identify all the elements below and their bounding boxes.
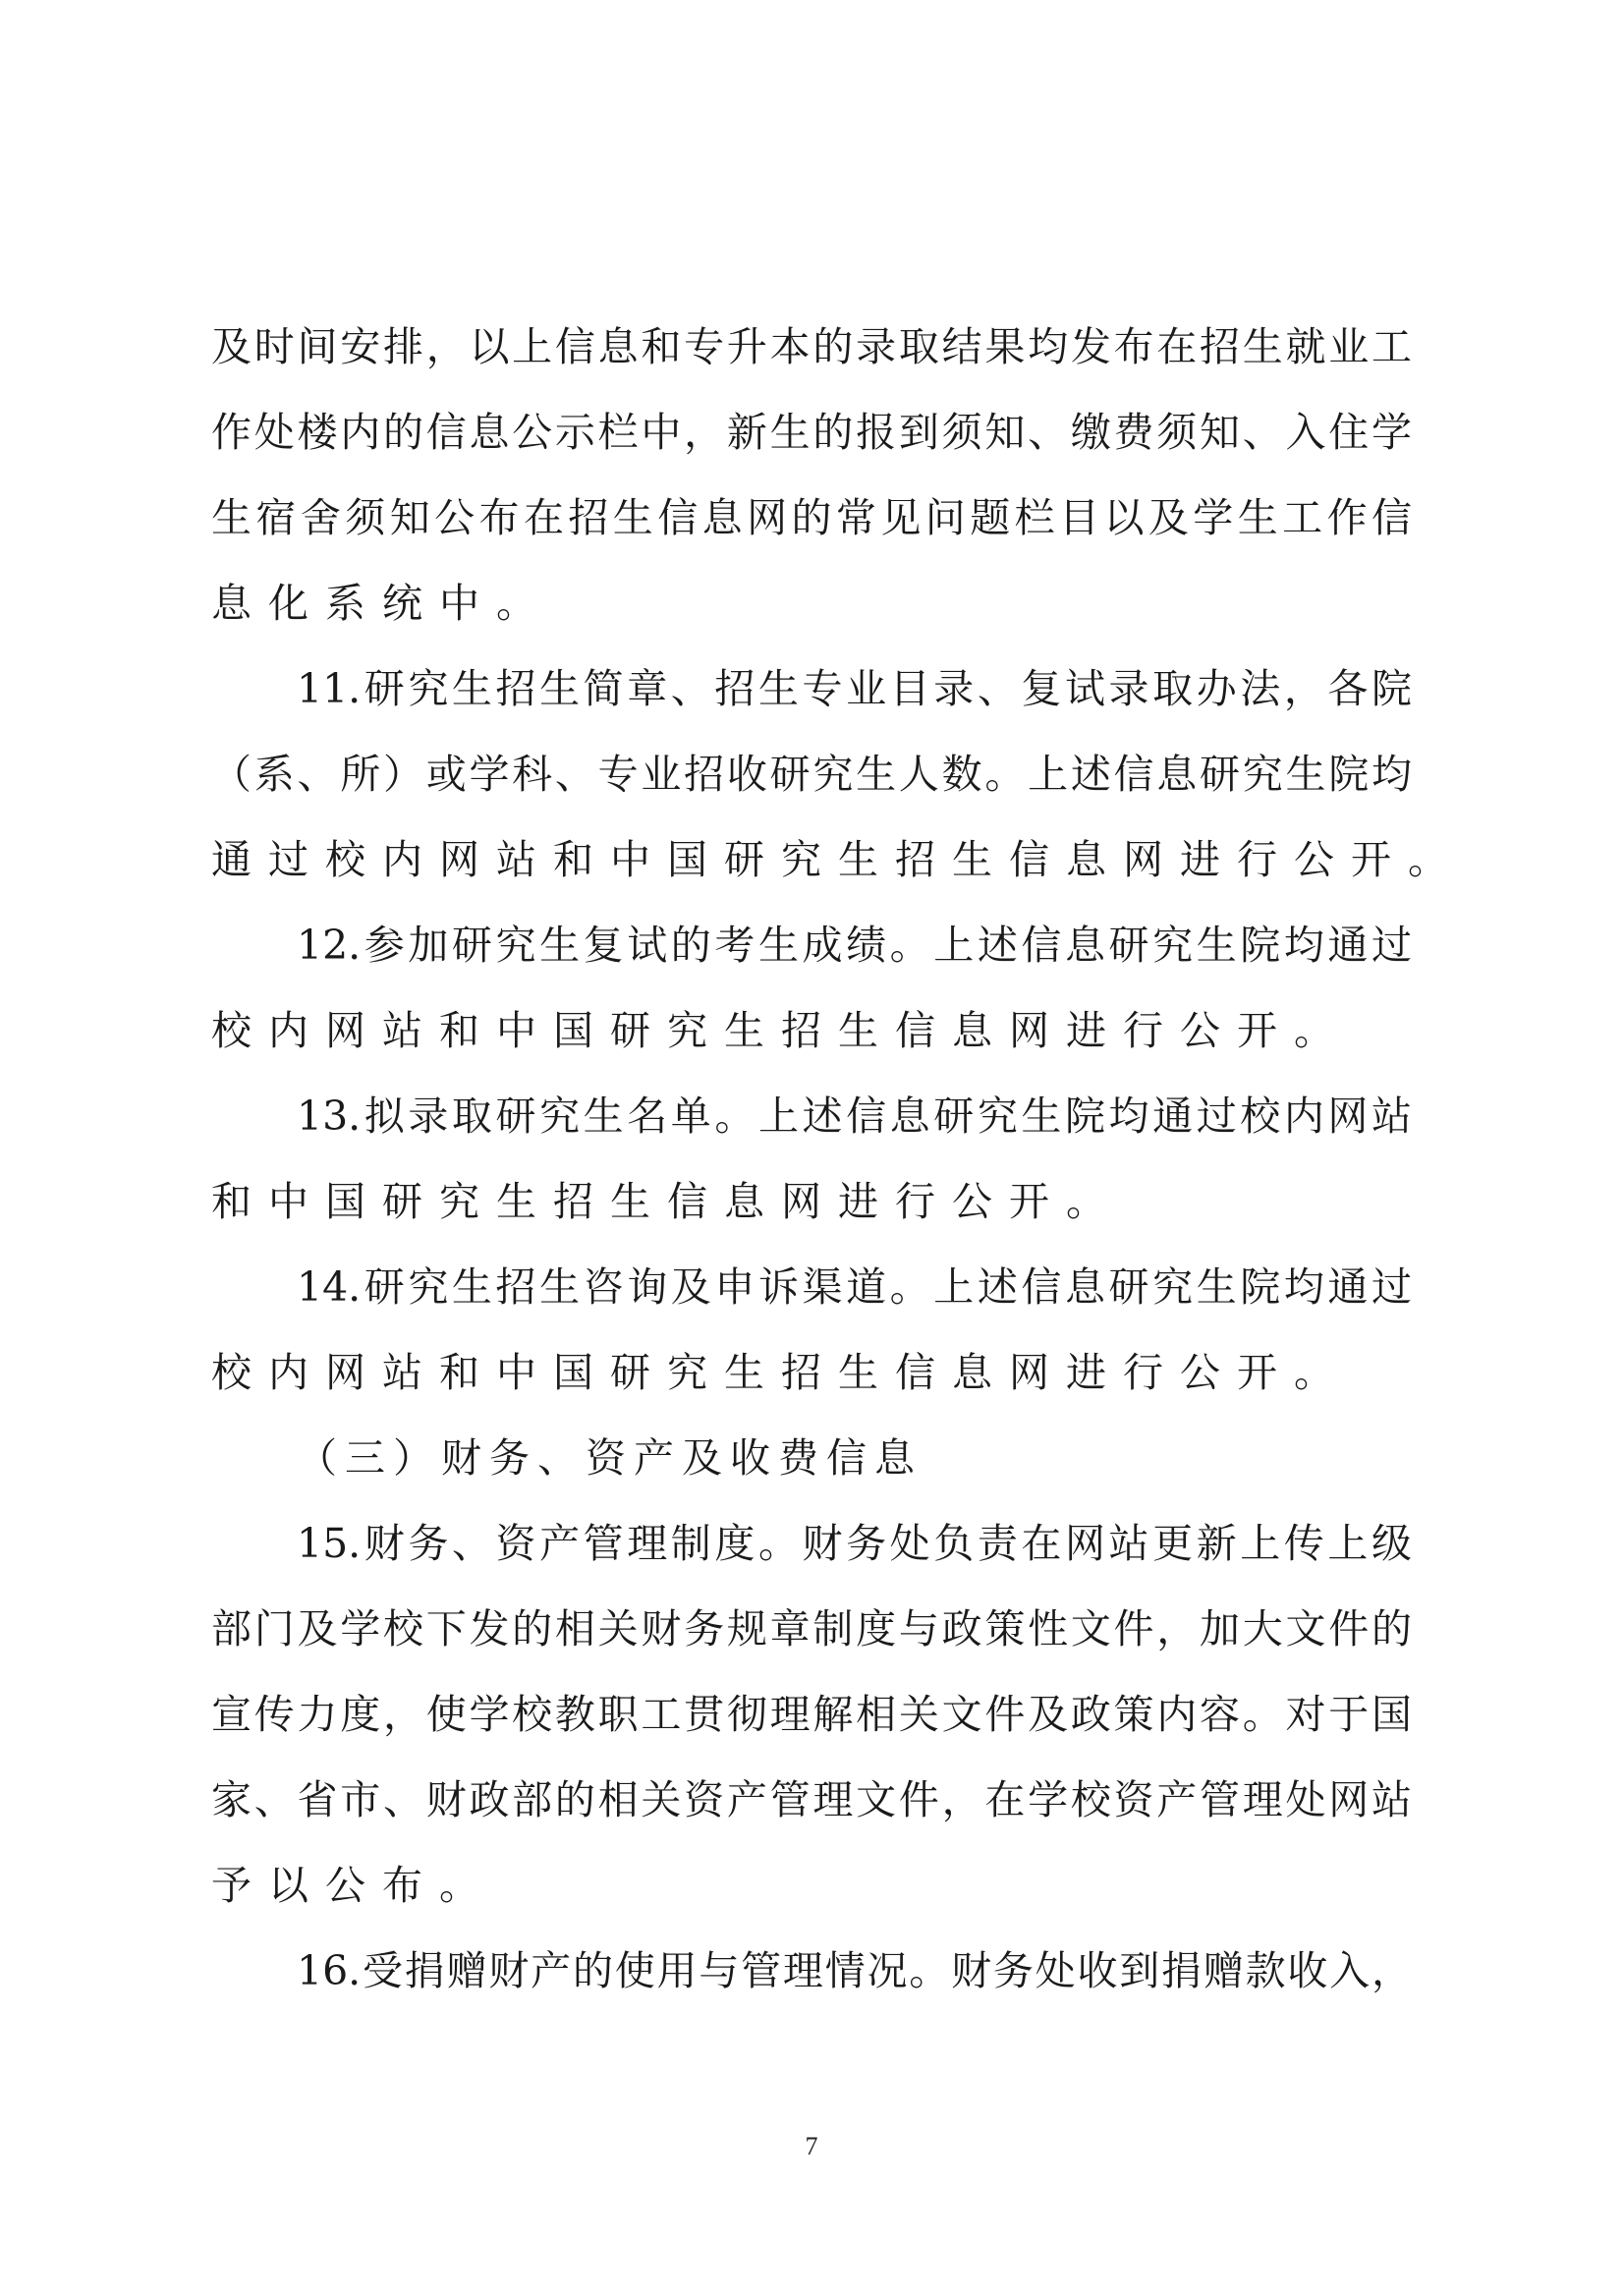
text-line: 及时间安排，以上信息和专升本的录取结果均发布在招生就业工	[211, 317, 1412, 376]
text-line: 予以公布。	[211, 1856, 1412, 1915]
text-line: 校内网站和中国研究生招生信息网进行公开。	[211, 1001, 1412, 1060]
item-11-heading: 11.研究生招生简章、招生专业目录、复试录取办法，各院	[297, 659, 1412, 718]
item-13-heading: 13.拟录取研究生名单。上述信息研究生院均通过校内网站	[297, 1087, 1412, 1146]
text-line: 作处楼内的信息公示栏中，新生的报到须知、缴费须知、入住学	[211, 403, 1412, 462]
item-15-heading: 15.财务、资产管理制度。财务处负责在网站更新上传上级	[297, 1514, 1412, 1573]
item-16-heading: 16.受捐赠财产的使用与管理情况。财务处收到捐赠款收入，	[297, 1941, 1412, 2000]
document-page: 及时间安排，以上信息和专升本的录取结果均发布在招生就业工 作处楼内的信息公示栏中…	[0, 0, 1623, 2296]
text-line: 生宿舍须知公布在招生信息网的常见问题栏目以及学生工作信	[211, 488, 1412, 547]
text-line: 和中国研究生招生信息网进行公开。	[211, 1172, 1412, 1231]
text-line: 宣传力度，使学校教职工贯彻理解相关文件及政策内容。对于国	[211, 1685, 1412, 1744]
text-line: 校内网站和中国研究生招生信息网进行公开。	[211, 1343, 1412, 1402]
item-14-heading: 14.研究生招生咨询及申诉渠道。上述信息研究生院均通过	[297, 1258, 1412, 1316]
page-number: 7	[0, 2130, 1623, 2163]
section-heading: （三）财务、资产及收费信息	[297, 1428, 923, 1487]
text-line: 家、省市、财政部的相关资产管理文件，在学校资产管理处网站	[211, 1770, 1412, 1829]
item-12-heading: 12.参加研究生复试的考生成绩。上述信息研究生院均通过	[297, 916, 1412, 975]
text-line: （系、所）或学科、专业招收研究生人数。上述信息研究生院均	[211, 745, 1412, 804]
text-line: 部门及学校下发的相关财务规章制度与政策性文件，加大文件的	[211, 1599, 1412, 1658]
text-line: 通过校内网站和中国研究生招生信息网进行公开。	[211, 830, 1412, 889]
text-line: 息化系统中。	[211, 574, 1412, 633]
